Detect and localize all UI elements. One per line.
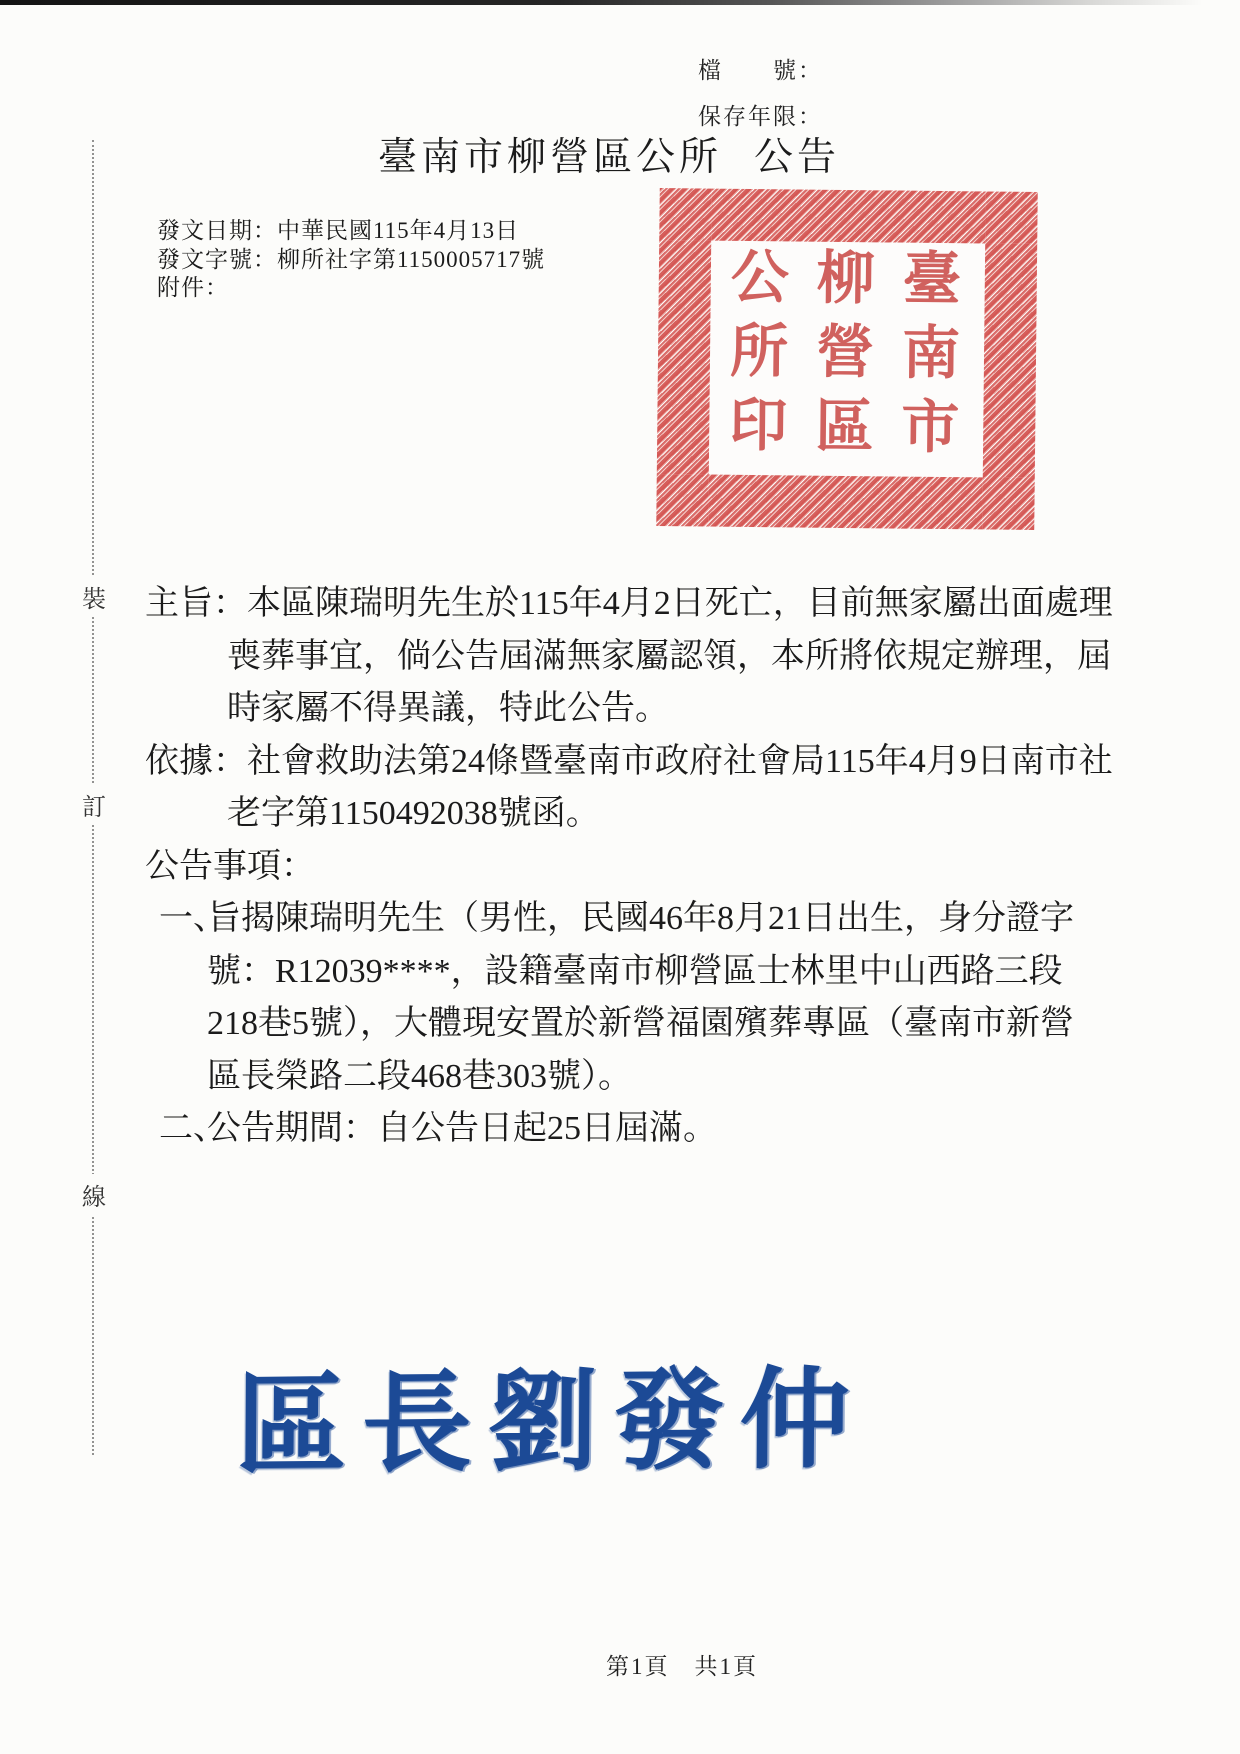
issue-date-value: 中華民國115年4月13日 <box>277 218 519 243</box>
basis-label: 依據： <box>145 743 247 780</box>
attachment-line: 附件： <box>157 274 545 303</box>
district-chief-signature: 區長劉發仲 <box>235 1331 866 1496</box>
document-title: 臺南市柳營區公所公告 <box>378 126 840 182</box>
attachment-label: 附件： <box>157 275 229 300</box>
doc-number-label: 發文字號： <box>157 247 277 272</box>
seal-text: 臺南市柳營區公所印 <box>709 241 972 478</box>
subject-text: 本區陳瑞明先生於115年4月2日死亡，目前無家屬出面處理 喪葬事宜，倘公告屆滿無… <box>227 585 1113 727</box>
doc-number-line: 發文字號：柳所社字第1150005717號 <box>157 246 545 275</box>
document-type-label: 公告 <box>754 136 840 179</box>
announcement-document-page: 檔 號： 保存年限： 臺南市柳營區公所公告 發文日期：中華民國115年4月13日… <box>0 0 1240 1754</box>
page-number-footer: 第1頁 共1頁 <box>606 1648 758 1681</box>
item-2-text: 公告期間：自公告日起25日屆滿。 <box>207 1103 717 1156</box>
item-1-text: 旨揭陳瑞明先生（男性，民國46年8月21日出生，身分證字 號：R12039***… <box>207 893 1074 1103</box>
binding-char-zhuang: 裝 <box>80 576 108 617</box>
issue-date-label: 發文日期： <box>157 218 277 243</box>
item-2-number: 二、 <box>159 1103 207 1156</box>
announcement-body: 主旨：本區陳瑞明先生於115年4月2日死亡，目前無家屬出面處理 喪葬事宜，倘公告… <box>145 578 1130 1156</box>
announcement-item-1: 一、 旨揭陳瑞明先生（男性，民國46年8月21日出生，身分證字 號：R12039… <box>159 893 1130 1103</box>
announcement-item-2: 二、 公告期間：自公告日起25日屆滿。 <box>159 1103 1130 1156</box>
document-meta-block: 發文日期：中華民國115年4月13日 發文字號：柳所社字第1150005717號… <box>157 217 545 303</box>
binding-char-xian: 線 <box>80 1174 108 1215</box>
items-header: 公告事項： <box>145 841 1130 894</box>
issue-date-line: 發文日期：中華民國115年4月13日 <box>157 217 545 246</box>
subject-label: 主旨： <box>145 585 247 622</box>
basis-text: 社會救助法第24條暨臺南市政府社會局115年4月9日南市社 老字第1150492… <box>227 743 1113 833</box>
issuing-org-name: 臺南市柳營區公所 <box>378 136 722 179</box>
file-number-label: 檔 號： <box>698 48 823 94</box>
official-red-seal: 臺南市柳營區公所印 <box>656 188 1038 530</box>
binding-char-ding: 訂 <box>80 784 108 825</box>
subject-paragraph: 主旨：本區陳瑞明先生於115年4月2日死亡，目前無家屬出面處理 喪葬事宜，倘公告… <box>145 578 1130 736</box>
scan-edge-artifact <box>0 0 1240 5</box>
doc-number-value: 柳所社字第1150005717號 <box>277 247 545 272</box>
basis-paragraph: 依據：社會救助法第24條暨臺南市政府社會局115年4月9日南市社 老字第1150… <box>145 736 1130 841</box>
item-1-number: 一、 <box>159 893 207 1103</box>
